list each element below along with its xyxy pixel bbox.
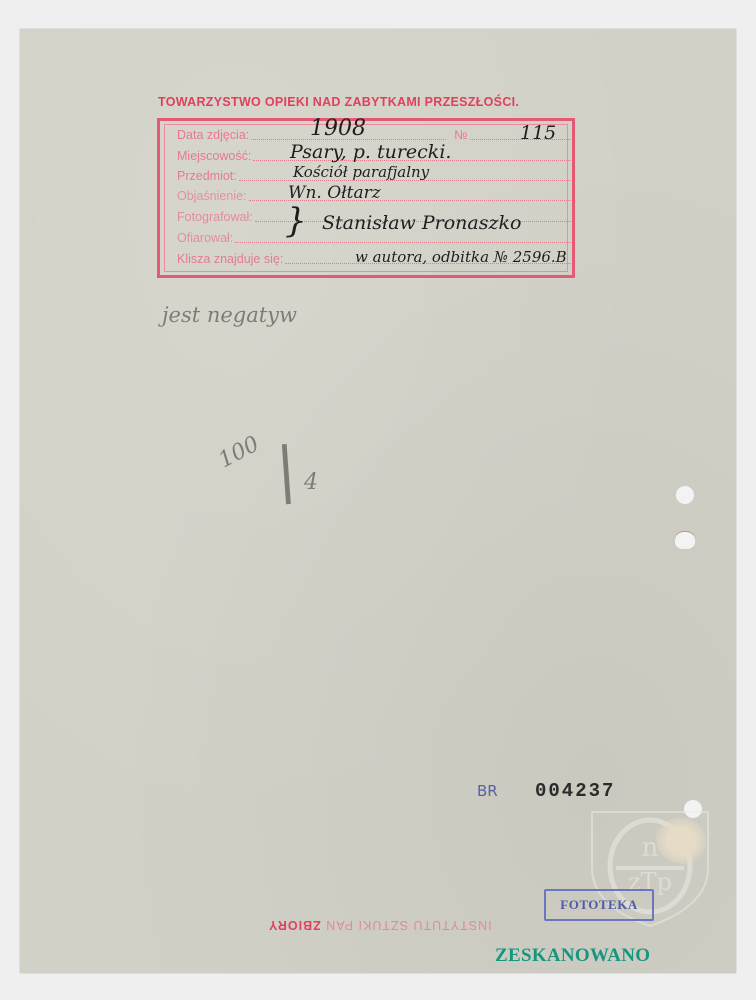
handwritten-number: 115 [520, 122, 556, 144]
handwritten-description: Wn. Ołtarz [288, 183, 381, 203]
pencil-fraction-slash: | [274, 439, 298, 500]
handwritten-negative-location: w autora, odbitka № 2596.B [355, 248, 567, 266]
punch-hole-top [676, 486, 694, 504]
handwritten-date: 1908 [310, 116, 366, 141]
field-label-donor: Ofiarował: [177, 230, 233, 246]
scanned-stamp: ZESKANOWANO [495, 945, 650, 967]
inventory-number: 004237 [535, 780, 615, 802]
field-label-number: № [454, 127, 467, 143]
handwritten-brace: } [285, 204, 307, 238]
fototeka-stamp: FOTOTEKA [544, 889, 654, 921]
field-label-date: Data zdjęcia: [177, 127, 249, 143]
handwritten-place: Psary, p. turecki. [290, 141, 451, 163]
pencil-note-negative: jest negatyw [162, 303, 297, 327]
stamp-heading: TOWARZYSTWO OPIEKI NAD ZABYTKAMI PRZESZŁ… [158, 95, 588, 109]
field-label-negative-location: Klisza znajduje się: [177, 251, 283, 267]
field-label-description: Objaśnienie: [177, 188, 247, 204]
inventory-prefix: BR [477, 782, 498, 800]
field-label-photographer: Fotografował: [177, 209, 253, 225]
handwritten-object: Kościół parafjalny [293, 163, 429, 181]
upside-down-institute-stamp: INSTYTUTU SZTUKI PAN ZBIORY [268, 918, 492, 932]
pencil-fraction-bottom: 4 [304, 470, 318, 495]
field-label-object: Przedmiot: [177, 168, 237, 184]
punch-hole-bottom [675, 532, 695, 549]
field-label-place: Miejscowość: [177, 148, 251, 164]
handwritten-photographer: Stanisław Pronaszko [322, 212, 521, 234]
